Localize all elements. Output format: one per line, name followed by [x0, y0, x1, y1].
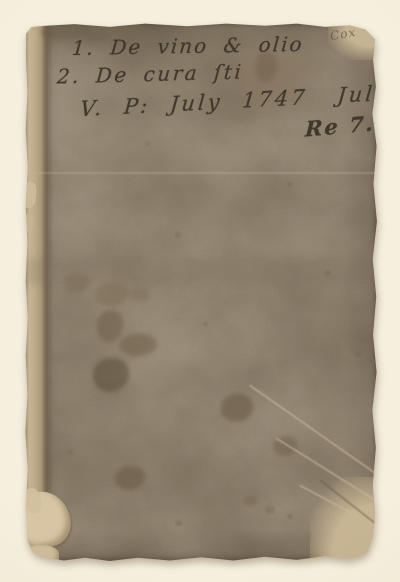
stain: [115, 466, 145, 490]
stain: [95, 282, 129, 306]
speck: [175, 520, 183, 526]
inscription-block: Cox 1. De vino & olio 2. De cura ſti V. …: [25, 22, 378, 182]
inscription-line-2: 2. De cura ſti: [56, 60, 244, 89]
spine-chip: [23, 214, 33, 232]
stain: [265, 506, 275, 514]
stain: [93, 358, 129, 392]
stain: [243, 496, 257, 506]
spine-hinge-shadow: [48, 22, 53, 561]
stain: [129, 288, 149, 302]
stain: [119, 334, 157, 356]
speck: [145, 142, 150, 146]
stain: [221, 394, 253, 422]
stain: [83, 30, 109, 42]
speck: [67, 450, 73, 455]
stain: [97, 310, 123, 342]
corner-wear-top-right: [328, 20, 380, 60]
speck: [287, 182, 292, 187]
corner-tear-bottom-left-small: [27, 545, 59, 563]
book-front-cover: Cox 1. De vino & olio 2. De cura ſti V. …: [25, 22, 378, 561]
stain: [63, 274, 89, 292]
corner-tear-bottom-left: [16, 487, 75, 551]
crease-band: [25, 172, 378, 174]
speck: [355, 352, 361, 357]
manuscript-book: Cox 1. De vino & olio 2. De cura ſti V. …: [25, 22, 378, 561]
speck: [287, 514, 293, 519]
book-spine: [25, 22, 48, 561]
speck: [175, 232, 181, 238]
stain: [115, 24, 143, 34]
speck: [203, 322, 208, 326]
